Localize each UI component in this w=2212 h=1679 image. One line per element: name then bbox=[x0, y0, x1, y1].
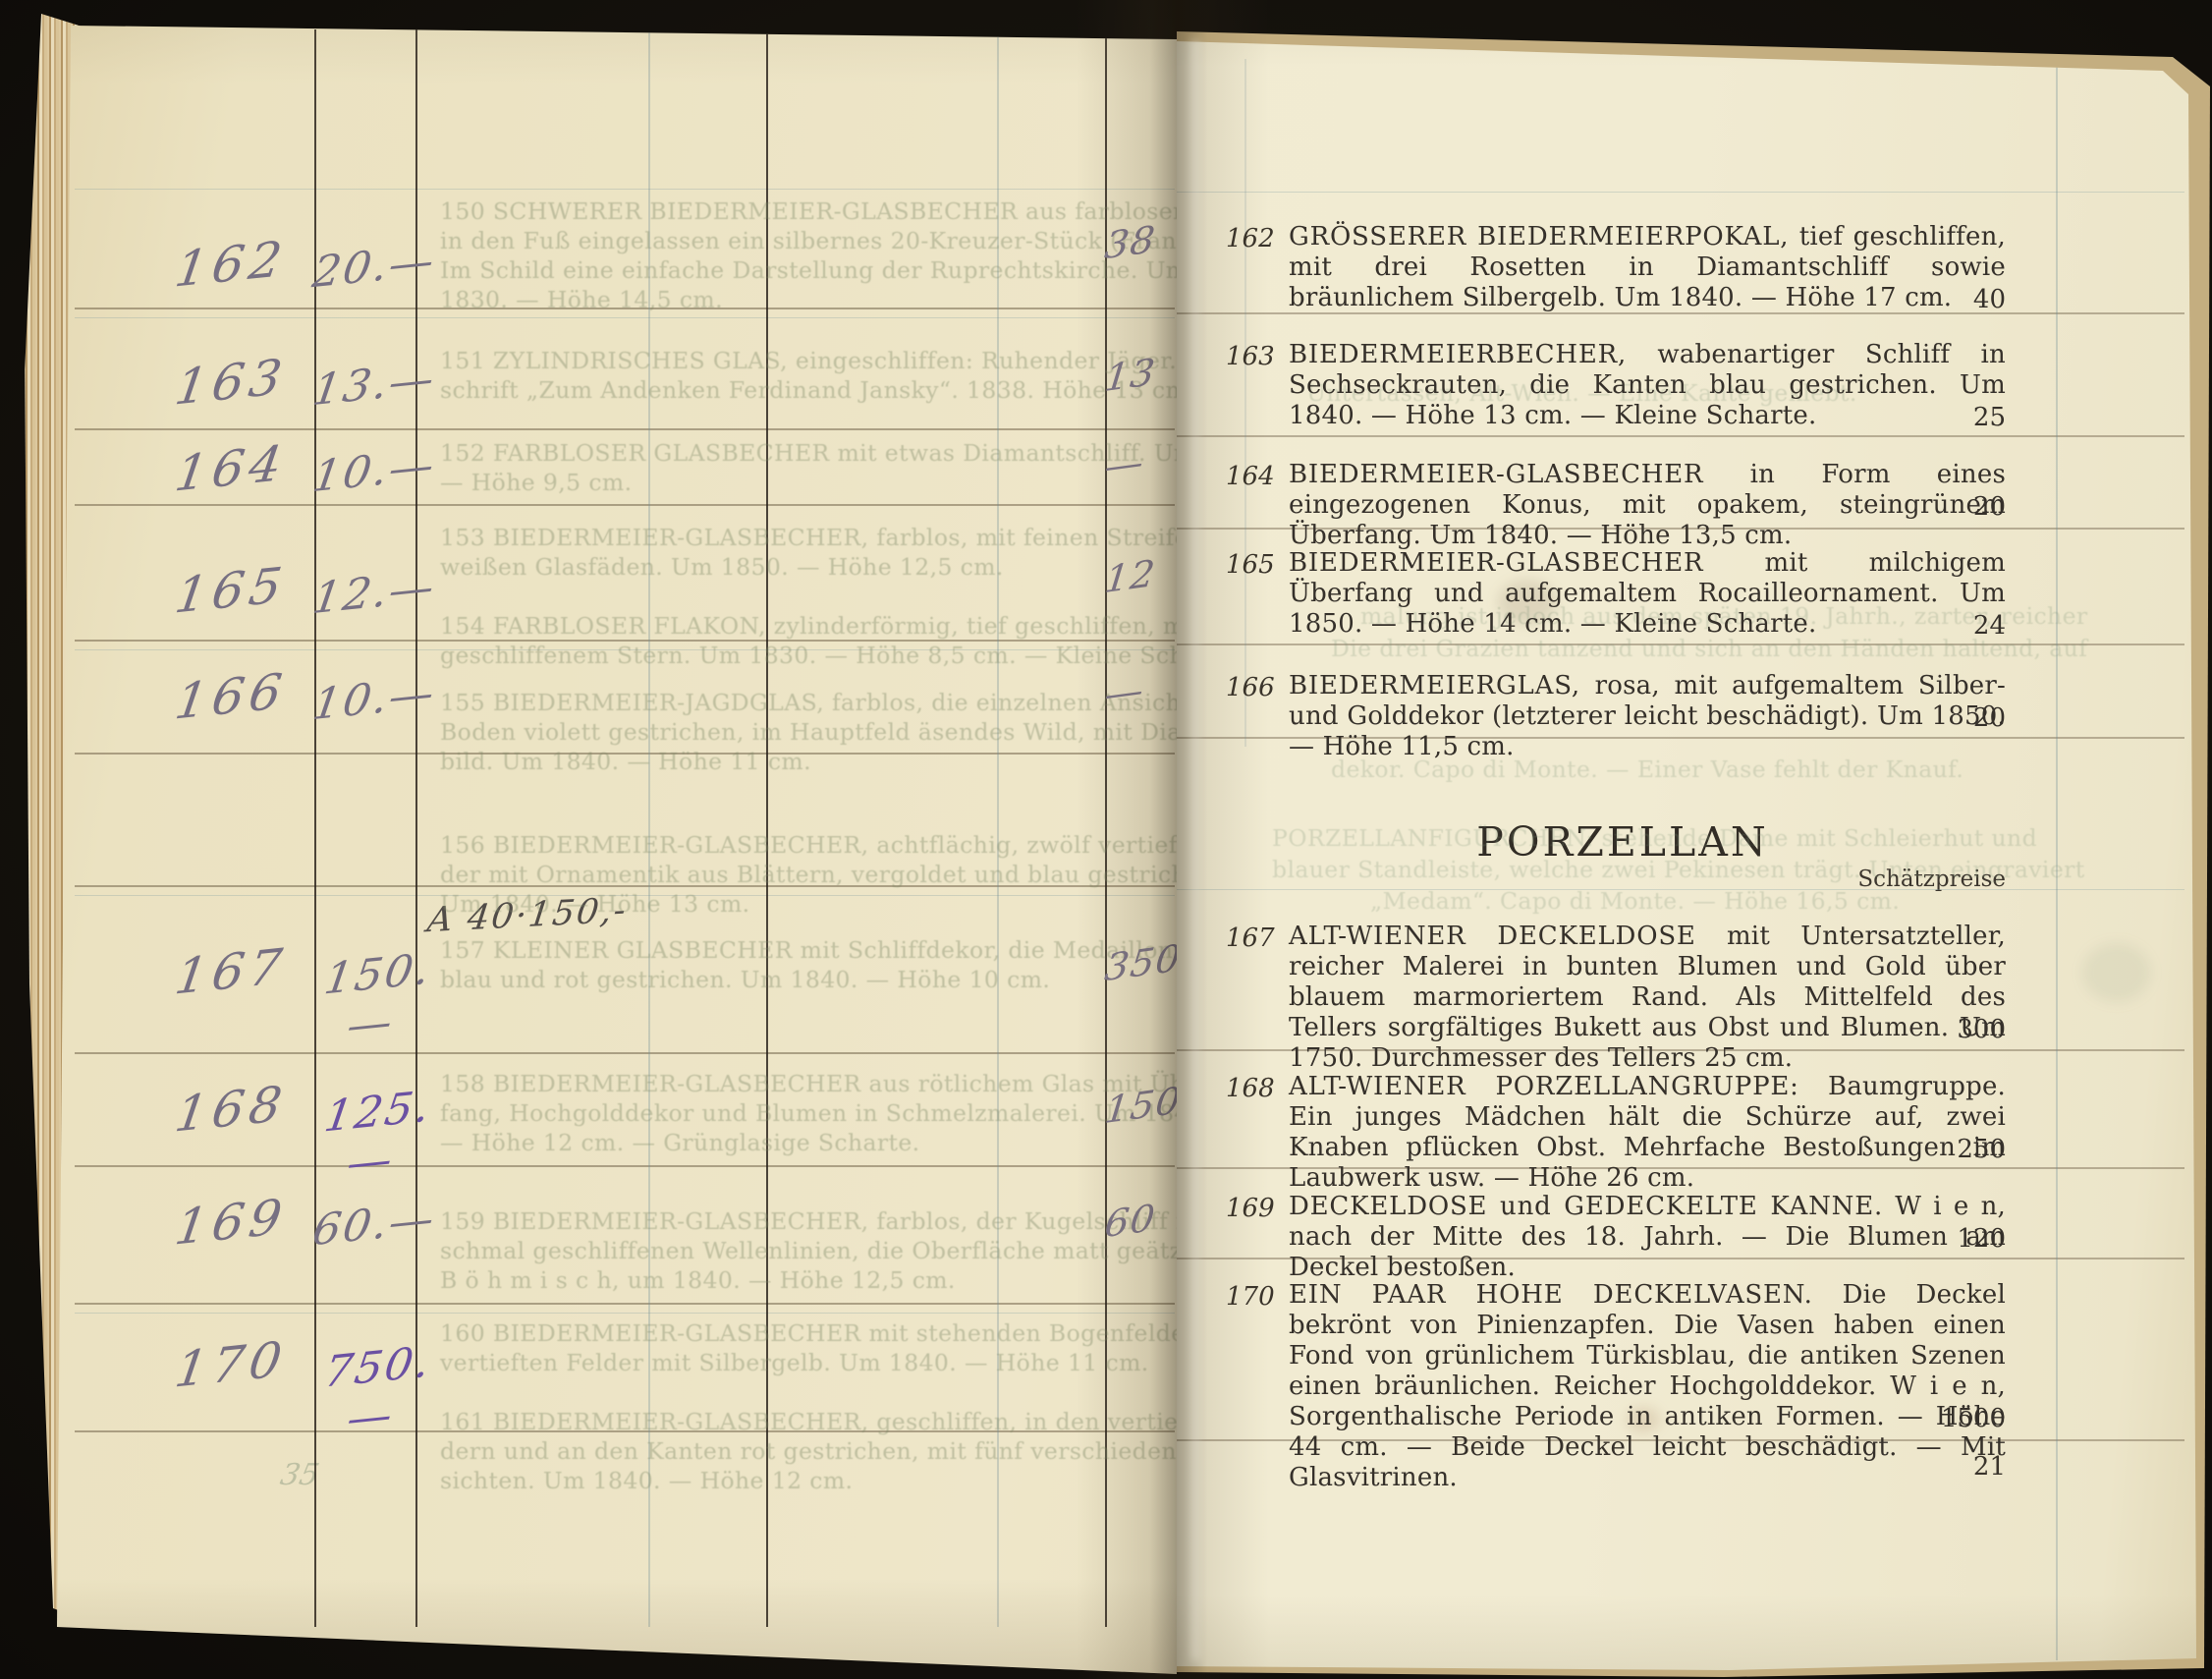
entry-price: 250 bbox=[1898, 1135, 2006, 1164]
ruling-line bbox=[1177, 1258, 2184, 1259]
ledger-lot-number: 163 bbox=[132, 344, 330, 420]
entry-body: mit Untersatzteller, reicher Malerei in … bbox=[1289, 922, 2006, 1073]
ghost-text-line: 1830. — Höhe 14,5 cm. bbox=[440, 285, 723, 314]
ruling-line bbox=[75, 504, 1175, 506]
ruling-line bbox=[1177, 1049, 2184, 1051]
entry-lead: BIEDERMEIERGLAS, bbox=[1289, 671, 1580, 700]
ghost-text-line: weißen Glasfäden. Um 1850. — Höhe 12,5 c… bbox=[440, 552, 1004, 582]
entry-price: 120 bbox=[1898, 1224, 2006, 1254]
entry-number: 164 bbox=[1226, 462, 1275, 491]
ghost-text-line: 158 BIEDERMEIER-GLASBECHER aus rötlichem… bbox=[440, 1069, 1219, 1098]
ruling-line bbox=[75, 428, 1175, 430]
ghost-text-line: PORZELLANFIGÜRCHEN: stehende Dame mit Sc… bbox=[1272, 823, 2037, 853]
page-number: 21 bbox=[1898, 1452, 2006, 1482]
ruling-line bbox=[1177, 1167, 2184, 1169]
column-line bbox=[1105, 29, 1107, 1627]
entry-text: ALT-WIENER DECKELDOSE mit Untersatztelle… bbox=[1289, 922, 2006, 1074]
entry-text: DECKELDOSE und GEDECKELTE KANNE. W i e n… bbox=[1289, 1192, 2006, 1283]
ruling-line-pale bbox=[75, 895, 1175, 896]
entry-body: wabenartiger Schliff in Sechseckrauten, … bbox=[1289, 340, 2006, 430]
ruling-line bbox=[1177, 737, 2184, 739]
entry-price: 300 bbox=[1898, 1015, 2006, 1044]
entry-body: W i e n, nach der Mitte des 18. Jahrh. —… bbox=[1289, 1192, 2006, 1282]
ledger-lot-number: 166 bbox=[132, 658, 330, 735]
ghost-text-line: blauer Standleiste, welche zwei Pekinese… bbox=[1272, 855, 2085, 884]
ruling-line bbox=[1177, 1439, 2184, 1441]
entry-price: 20 bbox=[1898, 703, 2006, 733]
entry-lead: BIEDERMEIER-GLASBECHER bbox=[1289, 460, 1703, 489]
ghost-text-line: „Medam“. Capo di Monte. — Höhe 16,5 cm. bbox=[1370, 886, 1900, 916]
price-column-label: Schätzpreise bbox=[1780, 867, 2006, 892]
entry-text: BIEDERMEIER-GLASBECHER mit milchigem Übe… bbox=[1289, 548, 2006, 640]
column-line-pale bbox=[648, 29, 650, 1627]
ghost-text-line: dern und an den Kanten rot gestrichen, m… bbox=[440, 1436, 1254, 1466]
ruling-line bbox=[1177, 644, 2184, 645]
entry-number: 168 bbox=[1226, 1074, 1275, 1103]
entry-number: 170 bbox=[1226, 1282, 1275, 1312]
ledger-lot-number: 164 bbox=[132, 430, 330, 507]
entry-lead: GRÖSSERER BIEDERMEIERPOKAL, bbox=[1289, 222, 1789, 252]
entry-lead: BIEDERMEIER-GLASBECHER bbox=[1289, 548, 1703, 578]
ghost-text-line: 156 BIEDERMEIER-GLASBECHER, achtflächig,… bbox=[440, 830, 1254, 860]
ghost-text-line: Die drei Grazien tanzend und sich an den… bbox=[1331, 634, 2087, 663]
ghost-text-line: vertieften Felder mit Silbergelb. Um 184… bbox=[440, 1348, 1149, 1377]
book-photo: A 40·150,- 35 150 SCHWERER BIEDERMEIER-G… bbox=[0, 0, 2212, 1679]
ledger-price-handwritten: 150.— bbox=[302, 942, 446, 1055]
ghost-text-line: malung ist jedoch aus dem späten 19. Jah… bbox=[1360, 601, 2088, 631]
ghost-text-line: 154 FARBLOSER FLAKON, zylinderförmig, ti… bbox=[440, 611, 1255, 641]
ruling-line-pale bbox=[1177, 192, 2184, 193]
entry-text: GRÖSSERER BIEDERMEIERPOKAL, tief geschli… bbox=[1289, 222, 2006, 313]
entry-body: Die Deckel bekrönt von Pinienzapfen. Die… bbox=[1289, 1280, 2006, 1492]
entry-number: 165 bbox=[1226, 550, 1275, 580]
entry-body: rosa, mit aufgemaltem Silber- und Goldde… bbox=[1289, 671, 2006, 761]
entry-body: in Form eines eingezogenen Konus, mit op… bbox=[1289, 460, 2006, 550]
entry-body: Baumgruppe. Ein junges Mädchen hält die … bbox=[1289, 1072, 2006, 1193]
ghost-mark: 35 bbox=[277, 1458, 322, 1492]
entry-price: 24 bbox=[1898, 611, 2006, 641]
ghost-text-line: 160 BIEDERMEIER-GLASBECHER mit stehenden… bbox=[440, 1318, 1264, 1348]
entry-lead: EIN PAAR HOHE DECKELVASEN. bbox=[1289, 1280, 1813, 1310]
ruling-line-pale bbox=[75, 1313, 1175, 1314]
entry-number: 163 bbox=[1226, 342, 1275, 371]
entry-number: 169 bbox=[1226, 1194, 1275, 1223]
ruling-line bbox=[1177, 312, 2184, 314]
entry-lead: ALT-WIENER PORZELLANGRUPPE: bbox=[1289, 1072, 1799, 1101]
ledger-price-handwritten: 20.— bbox=[305, 235, 443, 298]
entry-price: 25 bbox=[1898, 403, 2006, 432]
entry-lead: BIEDERMEIERBECHER, bbox=[1289, 340, 1627, 369]
ghost-text-line: Untertassen, Alt-Wien. — Eine Kante gekl… bbox=[1306, 378, 1857, 408]
entry-text: BIEDERMEIER-GLASBECHER in Form eines ein… bbox=[1289, 460, 2006, 551]
ghost-text-line: dekor. Capo di Monte. — Einer Vase fehlt… bbox=[1331, 755, 1963, 784]
ruling-line bbox=[75, 753, 1175, 755]
ruling-line bbox=[75, 1165, 1175, 1167]
entry-number: 167 bbox=[1226, 923, 1275, 953]
ledger-lot-number: 169 bbox=[132, 1184, 330, 1260]
ghost-text-line: schmal geschliffenen Wellenlinien, die O… bbox=[440, 1236, 1199, 1265]
ghost-text-line: in den Fuß eingelassen ein silbernes 20-… bbox=[440, 226, 1233, 255]
ledger-price-handwritten: 13.— bbox=[305, 353, 443, 416]
ledger-price-handwritten: 60.— bbox=[305, 1193, 443, 1256]
margin-line bbox=[2056, 59, 2058, 1660]
entry-price: 1500 bbox=[1898, 1404, 2006, 1433]
entry-body: mit milchigem Überfang und aufgemaltem R… bbox=[1289, 548, 2006, 639]
entry-number: 166 bbox=[1226, 673, 1275, 702]
ghost-text-line: Im Schild eine einfache Darstellung der … bbox=[440, 255, 1188, 285]
entry-body: tief geschliffen, mit drei Rosetten in D… bbox=[1289, 222, 2006, 312]
ruling-line-pale bbox=[1177, 889, 2184, 890]
ledger-lot-number: 168 bbox=[132, 1071, 330, 1147]
entry-text: ALT-WIENER PORZELLANGRUPPE: Baumgruppe. … bbox=[1289, 1072, 2006, 1194]
column-line bbox=[415, 29, 417, 1627]
ledger-price-handwritten: 10.— bbox=[305, 439, 443, 502]
ledger-lot-number: 165 bbox=[132, 552, 330, 629]
ghost-text-line: — Höhe 9,5 cm. bbox=[440, 468, 632, 497]
section-title: PORZELLAN bbox=[1289, 818, 1957, 866]
ledger-lot-number: 167 bbox=[132, 933, 330, 1010]
ghost-text-line: 151 ZYLINDRISCHES GLAS, eingeschliffen: … bbox=[440, 346, 1234, 375]
ledger-lot-number: 162 bbox=[132, 226, 330, 303]
ghost-text-line: 150 SCHWERER BIEDERMEIER-GLASBECHER aus … bbox=[440, 196, 1263, 226]
entry-price: 20 bbox=[1898, 492, 2006, 522]
ruling-line-pale bbox=[75, 317, 1175, 318]
ghost-text-line: 152 FARBLOSER GLASBECHER mit etwas Diama… bbox=[440, 438, 1272, 468]
ghost-text-line: 157 KLEINER GLASBECHER mit Schliffdekor,… bbox=[440, 935, 1186, 965]
column-line-pale bbox=[997, 29, 999, 1627]
ruling-line-pale bbox=[75, 189, 1175, 190]
entry-number: 162 bbox=[1226, 224, 1275, 253]
ledger-lot-number: 170 bbox=[132, 1326, 330, 1403]
handwritten-annotation: A 40·150,- bbox=[425, 891, 630, 941]
paper-stain bbox=[2082, 943, 2151, 1002]
entry-text: EIN PAAR HOHE DECKELVASEN. Die Deckel be… bbox=[1289, 1280, 2006, 1493]
entry-lead: DECKELDOSE und GEDECKELTE KANNE. bbox=[1289, 1192, 1883, 1221]
ruling-line bbox=[1177, 528, 2184, 530]
margin-line bbox=[1244, 59, 1246, 747]
paper-stain bbox=[1498, 580, 1557, 625]
ledger-price-handwritten: 125.— bbox=[302, 1080, 446, 1193]
ruling-line bbox=[75, 1303, 1175, 1305]
ghost-text-line: 155 BIEDERMEIER-JAGDGLAS, farblos, die e… bbox=[440, 688, 1264, 717]
ghost-text-line: Boden violett gestrichen, im Hauptfeld ä… bbox=[440, 717, 1219, 747]
ledger-price-handwritten: 10.— bbox=[305, 667, 443, 730]
gutter-fold-highlight bbox=[1190, 39, 1200, 1660]
paper-stain bbox=[1627, 1407, 1660, 1432]
ghost-text-line: 153 BIEDERMEIER-GLASBECHER, farblos, mit… bbox=[440, 523, 1257, 552]
ledger-price-handwritten: 750.— bbox=[302, 1335, 446, 1448]
ruling-line-pale bbox=[75, 649, 1175, 650]
ledger-price-handwritten: 12.— bbox=[305, 561, 443, 624]
ghost-text-line: 161 BIEDERMEIER-GLASBECHER, geschliffen,… bbox=[440, 1407, 1279, 1436]
ghost-text-line: 159 BIEDERMEIER-GLASBECHER, farblos, der… bbox=[440, 1206, 1215, 1236]
entry-lead: ALT-WIENER DECKELDOSE bbox=[1289, 922, 1696, 951]
ghost-text-line: Um 1840. — Höhe 13 cm. bbox=[440, 889, 750, 919]
ghost-text-line: fang, Hochgolddekor und Blumen in Schmel… bbox=[440, 1098, 1212, 1128]
ruling-line bbox=[75, 1052, 1175, 1054]
ghost-text-line: geschliffenem Stern. Um 1830. — Höhe 8,5… bbox=[440, 641, 1242, 670]
entry-text: BIEDERMEIERBECHER, wabenartiger Schliff … bbox=[1289, 340, 2006, 431]
column-line bbox=[314, 29, 316, 1627]
ghost-text-line: sichten. Um 1840. — Höhe 12 cm. bbox=[440, 1466, 853, 1495]
ghost-text-line: — Höhe 12 cm. — Grünglasige Scharte. bbox=[440, 1128, 920, 1157]
ghost-text-line: der mit Ornamentik aus Blättern, vergold… bbox=[440, 860, 1224, 889]
ghost-text-line: bild. Um 1840. — Höhe 11 cm. bbox=[440, 747, 811, 776]
ruling-line bbox=[1177, 435, 2184, 437]
ghost-text-line: schrift „Zum Andenken Ferdinand Jansky“.… bbox=[440, 375, 1195, 405]
ghost-text-line: blau und rot gestrichen. Um 1840. — Höhe… bbox=[440, 965, 1050, 994]
column-line bbox=[766, 29, 768, 1627]
ruling-line bbox=[75, 885, 1175, 887]
ruling-line bbox=[75, 640, 1175, 642]
entry-price: 40 bbox=[1898, 285, 2006, 314]
entry-text: BIEDERMEIERGLAS, rosa, mit aufgemaltem S… bbox=[1289, 671, 2006, 762]
ruling-line bbox=[75, 308, 1175, 309]
ghost-text-line: B ö h m i s c h, um 1840. — Höhe 12,5 cm… bbox=[440, 1265, 956, 1295]
ruling-line bbox=[75, 1430, 1175, 1432]
